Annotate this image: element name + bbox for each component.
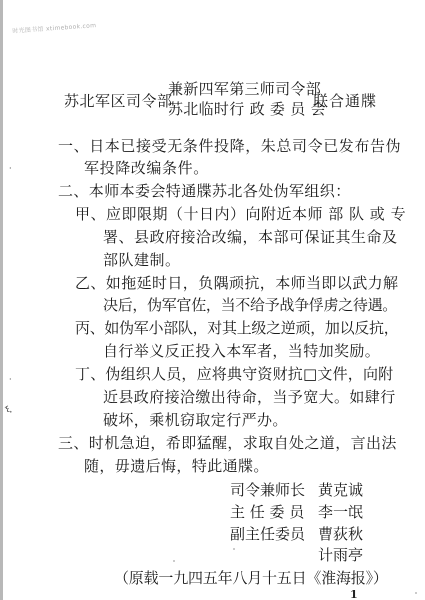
clause-2-ding-line-3: 破坏，乘机窃取定行严办。: [103, 413, 288, 428]
title-doc-type: 联合通牒: [313, 90, 377, 111]
clause-2-bing-line-2: 自行举义反正投入本军者，当特加奖励。: [103, 344, 380, 359]
signature-title: 主 任 委 员: [230, 505, 304, 520]
document-title: 苏北军区司令部 兼新四军第三师司令部 苏北临时行 政 委 员 会 联合通牒: [64, 78, 424, 118]
signature-name: 计雨亭: [318, 548, 363, 563]
signature-name: 李一氓: [318, 505, 363, 520]
margin-mark: ·: [9, 164, 12, 173]
clause-2-jia-line-1: 甲、应即限期（十日内）向附近本师 部 队 或 专: [75, 207, 406, 222]
clause-2-jia-line-3: 部队建制。: [103, 253, 181, 268]
scan-speck: [173, 560, 175, 562]
margin-mark: ·: [9, 375, 12, 384]
clause-2-yi-line-2: 决后，伪军官佐，当不给予战争俘虏之待遇。: [103, 298, 397, 313]
scan-speck: [233, 548, 235, 550]
source-note: （原载一九四五年八月十五日《淮海报》）: [114, 571, 388, 586]
clause-3-line-1: 三、时机急迫，希即猛醒，求取自处之道，言出法: [58, 436, 397, 451]
clause-1-line-2: 军投降改编条件。: [84, 161, 209, 176]
watermark: 时光图书馆 xtimebook.com: [12, 20, 96, 35]
page-number: 1: [350, 588, 358, 600]
title-issuer-division: 兼新四军第三师司令部: [168, 78, 321, 99]
title-issuer-military-region: 苏北军区司令部: [64, 90, 173, 111]
signature-title: 司令兼师长: [230, 483, 305, 498]
page-left-edge: [0, 0, 3, 600]
clause-3-line-2: 随，毋遗后悔，特此通牒。: [84, 459, 269, 474]
clause-2-heading: 二、本师本委会特通牒苏北各处伪军组织：: [58, 184, 351, 199]
signature-name: 曹荻秋: [318, 527, 363, 542]
clause-2-ding-line-2: 近县政府接洽缴出待命，当予宽大。如肆行: [103, 390, 396, 405]
scan-speck: [415, 592, 417, 594]
margin-mark: ξ: [4, 405, 12, 415]
clause-1-line-1: 一、日本已接受无条件投降，朱总司令已发布告伪: [58, 139, 401, 154]
clause-2-ding-line-1: 丁、伪组织人员，应将典守资财抗□文件，向附: [75, 367, 393, 382]
signature-name: 黄克诚: [318, 483, 363, 498]
title-issuer-committee: 苏北临时行 政 委 员 会: [168, 98, 326, 119]
signature-title: 副主任委员: [230, 527, 305, 542]
clause-2-yi-line-1: 乙、如拖延时日，负隅顽抗，本师当即以武力解: [75, 276, 398, 291]
clause-2-jia-line-2: 署、县政府接洽改编，本部可保证其生命及: [103, 230, 398, 245]
clause-2-bing-line-1: 丙、如伪军小部队，对其上级之逆顽，加以反抗，: [75, 321, 398, 336]
